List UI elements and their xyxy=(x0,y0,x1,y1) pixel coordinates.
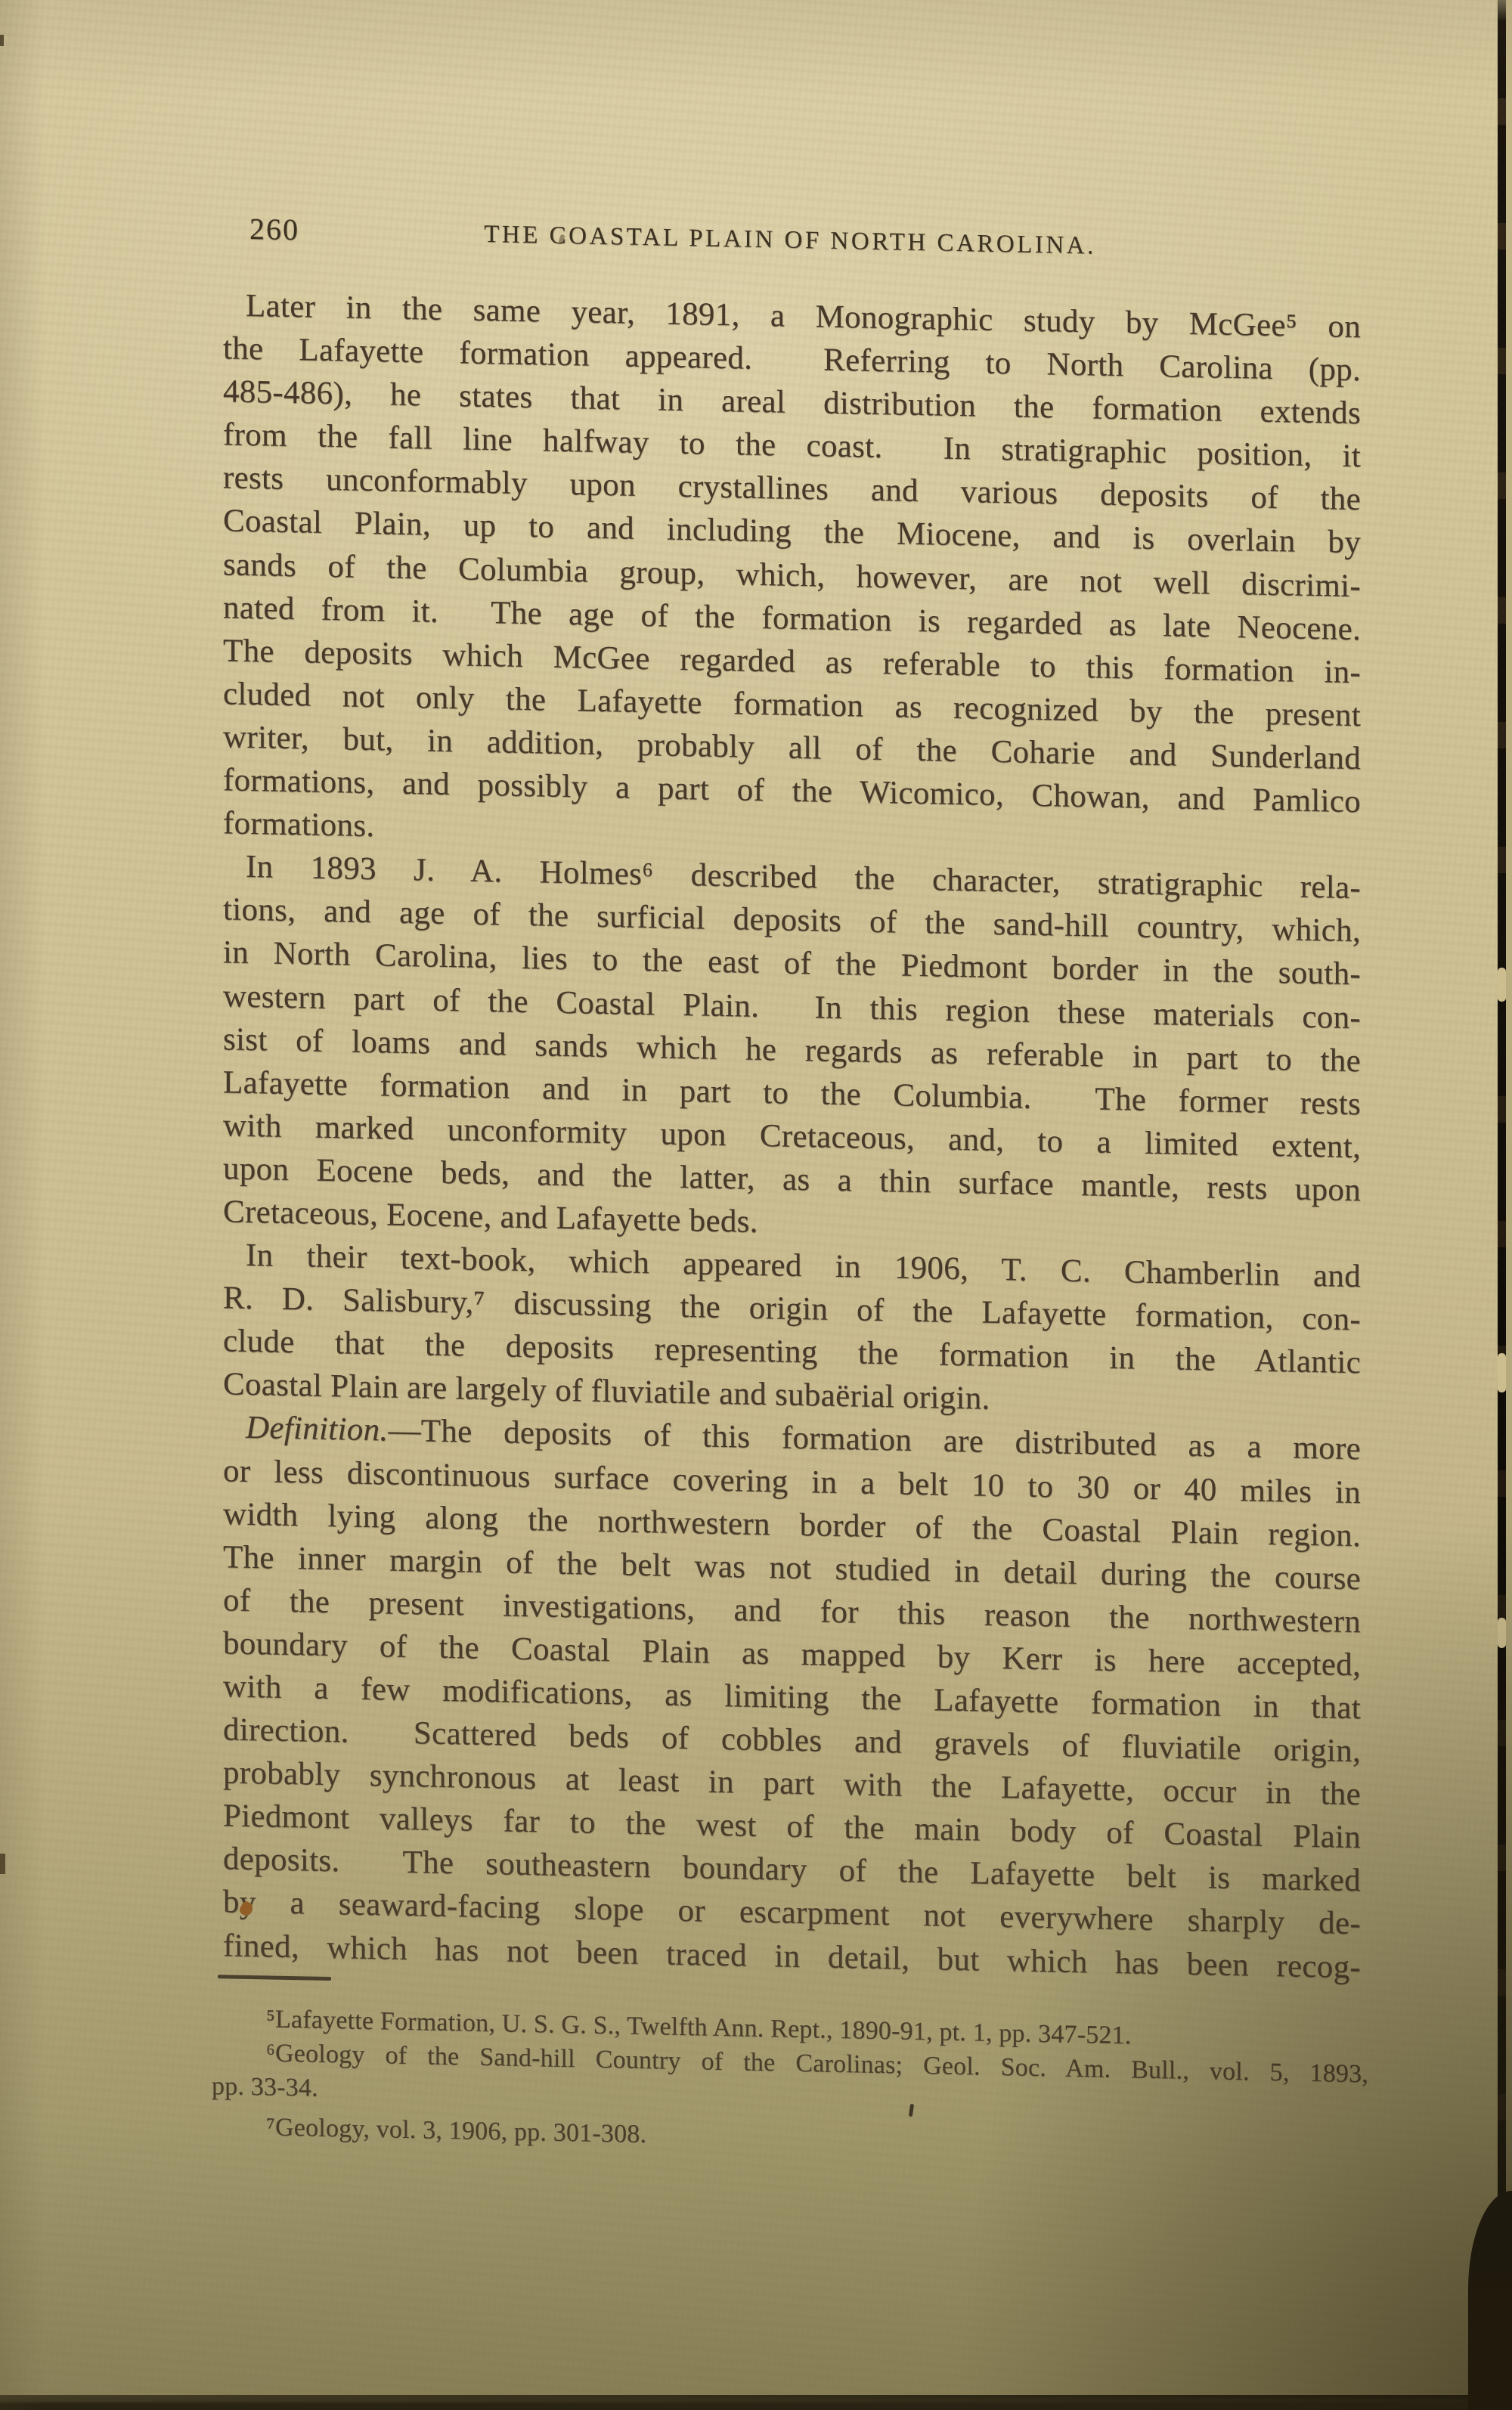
book-page: 260 THE COASTAL PLAIN OF NORTH CAROLINA.… xyxy=(0,0,1512,2410)
page-edge-chip xyxy=(1498,1618,1506,1648)
page-content: 260 THE COASTAL PLAIN OF NORTH CAROLINA.… xyxy=(212,210,1368,2165)
left-edge-mark xyxy=(0,35,4,46)
page-edge-right xyxy=(1498,0,1506,2410)
paragraph-lead-italic: Definition. xyxy=(246,1410,388,1448)
page-edge-bottom xyxy=(0,2395,1512,2410)
body-text: Later in the same year, 1891, a Monograp… xyxy=(223,283,1361,1989)
footnote-rule xyxy=(218,1975,331,1981)
page-number: 260 xyxy=(249,211,299,247)
adjacent-page-edge xyxy=(1506,0,1512,2410)
page-edge-chip xyxy=(1498,968,1506,1002)
left-edge-mark xyxy=(0,1854,5,1874)
page-edge-chip xyxy=(1498,1353,1506,1392)
footnotes: ⁵Lafayette Formation, U. S. G. S., Twelf… xyxy=(212,2001,1368,2165)
